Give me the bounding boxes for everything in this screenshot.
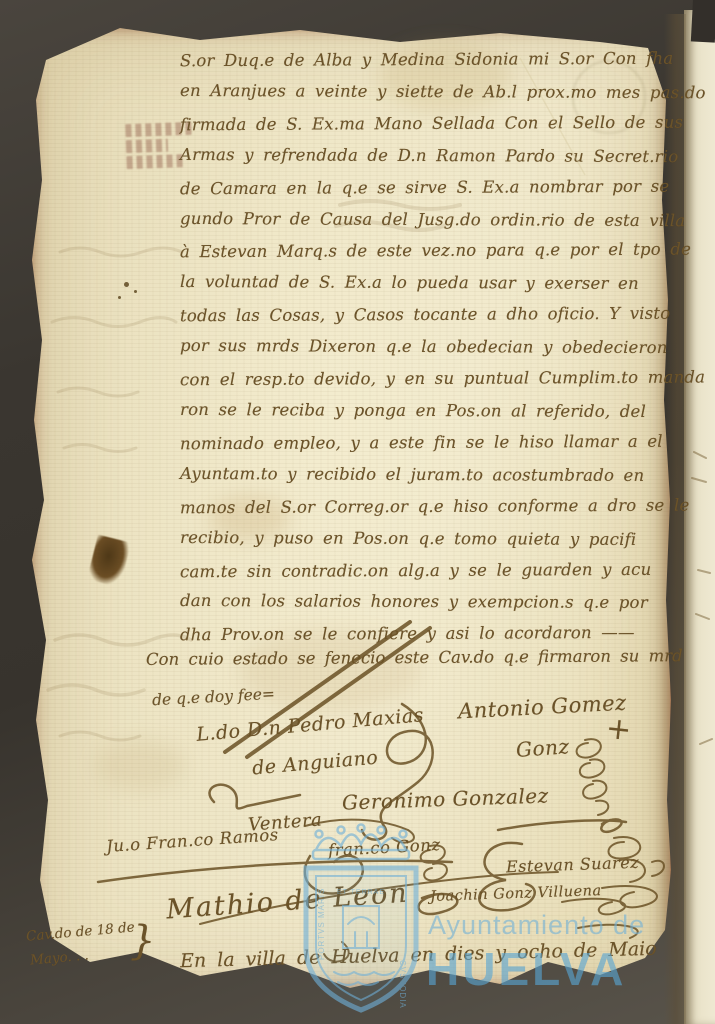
manuscript-line: nominado empleo, y a este fin se le hiso…	[180, 426, 658, 460]
backdrop-notch	[691, 0, 715, 43]
manuscript-line: Armas y refrendada de D.n Ramon Pardo su…	[180, 139, 658, 173]
margin-note-cabildo: Mayo. . .	[29, 947, 89, 968]
stamp-line	[126, 154, 186, 169]
manuscript-line: en Aranjues a veinte y siette de Ab.l pr…	[180, 75, 658, 109]
manuscript-line: à Estevan Marq.s de este vez.no para q.e…	[180, 234, 658, 268]
margin-brace: }	[130, 918, 155, 964]
manuscript-line: Ayuntam.to y recibido el juram.to acostu…	[180, 458, 658, 492]
manuscript-text: S.or Duq.e de Alba y Medina Sidonia mi S…	[180, 44, 658, 650]
scanned-manuscript-photo: S.or Duq.e de Alba y Medina Sidonia mi S…	[0, 0, 715, 1024]
signature-cross-mark: +	[604, 711, 633, 748]
manuscript-line: recibio, y puso en Pos.on q.e tomo quiet…	[180, 522, 658, 556]
manuscript-line: por sus mrds Dixeron q.e la obedecian y …	[180, 330, 658, 364]
manuscript-line: ron se le reciba y ponga en Pos.on al re…	[180, 394, 658, 428]
stain-speck	[118, 296, 121, 299]
manuscript-line: cam.te sin contradic.on alg.a y se le gu…	[180, 553, 658, 587]
manuscript-line: todas las Cosas, y Casos tocante a dho o…	[180, 298, 658, 332]
stain-speck	[134, 290, 137, 293]
manuscript-line: dan con los salarios honores y exempcion…	[180, 585, 658, 619]
stain-speck	[124, 282, 129, 287]
manuscript-line: con el resp.to devido, y en su puntual C…	[180, 362, 658, 396]
manuscript-line: S.or Duq.e de Alba y Medina Sidonia mi S…	[180, 43, 658, 77]
adjacent-folio-edge	[684, 10, 715, 1024]
manuscript-line: Con cuio estado se fenecio este Cav.do q…	[146, 646, 683, 669]
manuscript-line: gundo Pror de Causa del Jusg.do ordin.ri…	[180, 202, 658, 236]
manuscript-line: de Camara en la q.e se sirve S. Ex.a nom…	[180, 170, 658, 204]
signature-antonio-gomez-2: Gonz	[515, 734, 570, 762]
manuscript-line: la voluntad de S. Ex.a lo pueda usar y e…	[180, 266, 658, 300]
manuscript-line: manos del S.or Correg.or q.e hiso confor…	[180, 489, 658, 523]
manuscript-line: firmada de S. Ex.ma Mano Sellada Con el …	[180, 107, 658, 141]
stamp-line	[126, 139, 168, 153]
foxing-stain	[95, 740, 185, 790]
